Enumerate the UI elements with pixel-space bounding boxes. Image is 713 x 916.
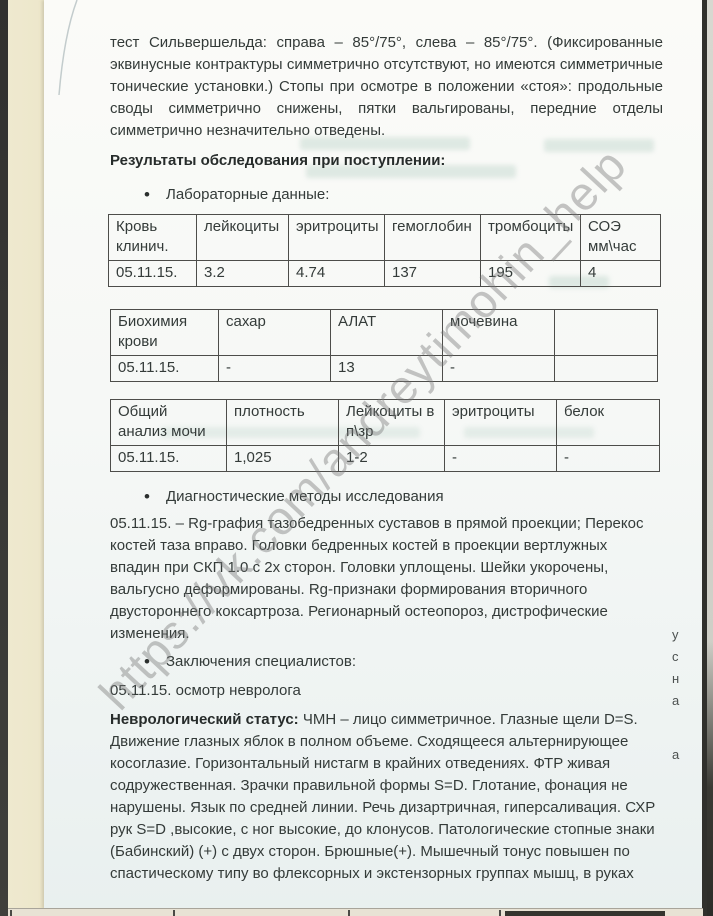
bullet-specialists-label: Заключения специалистов: xyxy=(166,653,356,670)
biochemistry-table: Биохимия крови сахар АЛАТ мочевина 05.11… xyxy=(110,309,658,382)
table-cell: 05.11.15. xyxy=(111,356,219,382)
table-row: 05.11.15. 3.2 4.74 137 195 4 xyxy=(109,261,661,287)
bullet-diag-label: Диагностические методы исследования xyxy=(166,488,444,505)
scan-right-border xyxy=(702,0,707,916)
table-header-cell: белок xyxy=(557,400,660,446)
table-cell: 1,025 xyxy=(227,446,339,472)
table-header-cell xyxy=(555,310,658,356)
table-cell: 195 xyxy=(481,261,581,287)
table-cell: 3.2 xyxy=(197,261,289,287)
bullet-specialist-conclusions: Заключения специалистов: xyxy=(144,651,356,673)
table-header-cell: лейкоциты xyxy=(197,215,289,261)
table-cell: 13 xyxy=(331,356,443,382)
scanned-document: тест Сильвершельда: справа – 85°/75°, сл… xyxy=(0,0,713,916)
adjacent-page-text-fragment: у xyxy=(672,628,692,642)
adjacent-page-text-fragment: а xyxy=(672,694,692,708)
table-header-cell: эритроциты xyxy=(289,215,385,261)
paragraph-xray-findings: 05.11.15. – Rg-графия тазобедренных суст… xyxy=(110,513,647,645)
table-header-row: Кровь клинич. лейкоциты эритроциты гемог… xyxy=(109,215,661,261)
table-cell: - xyxy=(445,446,557,472)
table-cell: 1-2 xyxy=(339,446,445,472)
adjacent-page-text-fragment: а xyxy=(672,748,692,762)
table-header-cell: тромбоциты xyxy=(481,215,581,261)
neuro-status-label: Неврологический статус: xyxy=(110,711,299,728)
document-page: тест Сильвершельда: справа – 85°/75°, сл… xyxy=(44,0,703,909)
table-header-row: Биохимия крови сахар АЛАТ мочевина xyxy=(111,310,658,356)
table-header-cell: Общий анализ мочи xyxy=(111,400,227,446)
table-header-cell: плотность xyxy=(227,400,339,446)
neuro-status-text: ЧМН – лицо симметричное. Глазные щели D=… xyxy=(110,711,655,882)
table-cell xyxy=(555,356,658,382)
table-header-cell: эритроциты xyxy=(445,400,557,446)
table-cell: 05.11.15. xyxy=(111,446,227,472)
table-header-cell: Кровь клинич. xyxy=(109,215,197,261)
table-edge-tick xyxy=(10,910,12,916)
bullet-lab-label: Лабораторные данные: xyxy=(166,186,329,203)
next-page-table-edge xyxy=(8,908,703,916)
adjacent-page-text-fragment: с xyxy=(672,650,692,664)
table-edge-tick xyxy=(348,910,350,916)
table-header-cell: мочевина xyxy=(443,310,555,356)
table-header-cell: сахар xyxy=(219,310,331,356)
table-cell: - xyxy=(219,356,331,382)
scan-right-margin xyxy=(707,0,713,916)
table-cell: - xyxy=(557,446,660,472)
paragraph-neurological-status: Неврологический статус: ЧМН – лицо симме… xyxy=(110,709,670,885)
table-cell: - xyxy=(443,356,555,382)
table-cell: 137 xyxy=(385,261,481,287)
table-header-cell: СОЭ мм\час xyxy=(581,215,661,261)
table-header-cell: Лейкоциты в п\зр xyxy=(339,400,445,446)
table-edge-dark-bar xyxy=(505,911,665,916)
table-edge-tick xyxy=(173,910,175,916)
scan-left-border xyxy=(0,0,8,916)
paragraph-silfverskiold-test: тест Сильвершельда: справа – 85°/75°, сл… xyxy=(110,32,663,142)
section-heading: Результаты обследования при поступлении: xyxy=(110,150,445,172)
bullet-diagnostic-methods: Диагностические методы исследования xyxy=(144,486,444,508)
table-cell: 4 xyxy=(581,261,661,287)
neurologist-exam-date-line: 05.11.15. осмотр невролога xyxy=(110,680,301,702)
table-cell: 05.11.15. xyxy=(109,261,197,287)
table-header-cell: Биохимия крови xyxy=(111,310,219,356)
adjacent-page-text-fragment: н xyxy=(672,672,692,686)
table-row: 05.11.15. - 13 - xyxy=(111,356,658,382)
table-header-cell: АЛАТ xyxy=(331,310,443,356)
table-header-row: Общий анализ мочи плотность Лейкоциты в … xyxy=(111,400,660,446)
urinalysis-table: Общий анализ мочи плотность Лейкоциты в … xyxy=(110,399,660,472)
bullet-lab-data: Лабораторные данные: xyxy=(144,184,329,206)
table-cell: 4.74 xyxy=(289,261,385,287)
table-row: 05.11.15. 1,025 1-2 - - xyxy=(111,446,660,472)
table-header-cell: гемоглобин xyxy=(385,215,481,261)
table-edge-tick xyxy=(499,910,501,916)
blood-clinical-table: Кровь клинич. лейкоциты эритроциты гемог… xyxy=(108,214,661,287)
